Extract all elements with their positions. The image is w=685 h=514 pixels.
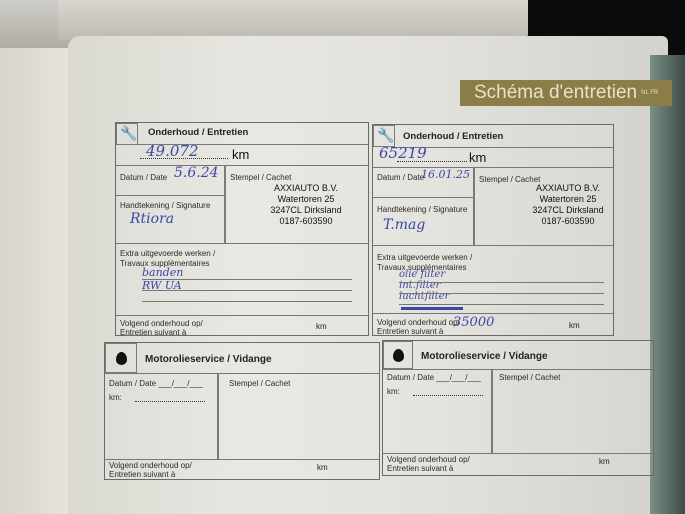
entry-date: 5.6.24 — [174, 165, 219, 181]
next-km-unit: km — [599, 457, 610, 466]
next-service-label-fr: Entretien suivant à — [377, 327, 443, 336]
oil-service-1: Motorolieservice / Vidange Datum / Date … — [104, 342, 380, 480]
oil-drop-icon — [393, 349, 404, 362]
next-service-label: Volgend onderhoud op/ — [120, 319, 203, 328]
km-label: km — [232, 147, 249, 162]
km-label: km: — [387, 387, 400, 396]
garage-stamp: AXXIAUTO B.V.Watertoren 253247CL Dirksla… — [256, 183, 356, 227]
extra-work-label: Extra uitgevoerde werken / — [377, 253, 472, 262]
oil-drop-icon — [116, 352, 127, 365]
next-service-label: Volgend onderhoud op/ — [387, 455, 470, 464]
stamp-label: Stempel / Cachet — [230, 173, 291, 182]
next-service-label-fr: Entretien suivant à — [387, 464, 453, 473]
stamp-label: Stempel / Cachet — [499, 373, 560, 382]
date-label: Datum / Date — [377, 173, 424, 182]
stamp-label: Stempel / Cachet — [229, 379, 290, 388]
oil-service-2: Motorolieservice / Vidange Datum / Date … — [382, 340, 654, 476]
section-banner: Schéma d'entretienNL FR — [460, 80, 672, 106]
banner-title: Schéma d'entretien — [474, 82, 637, 103]
left-page — [0, 48, 72, 514]
next-km-unit: km — [317, 463, 328, 472]
maintenance-entry-1: 🔧 Onderhoud / Entretien 49.072 km Datum … — [115, 122, 369, 336]
next-service-label: Volgend onderhoud op/ — [377, 318, 460, 327]
signature-label: Handtekening / Signature — [120, 201, 210, 210]
extra-work-1: banden — [142, 266, 183, 279]
next-service-label-fr: Entretien suivant à — [109, 470, 175, 479]
date-label: Datum / Date — [120, 173, 167, 182]
extra-work-1: olie filter — [399, 269, 445, 280]
next-km-unit: km — [316, 322, 327, 331]
next-service-km: 35000 — [453, 315, 494, 330]
garage-stamp: AXXIAUTO B.V.Watertoren 253247CL Dirksla… — [521, 183, 615, 227]
entry-header: Onderhoud / Entretien — [148, 127, 248, 138]
entry-date: 16.01.25 — [421, 168, 470, 181]
wrench-icon: 🔧 — [120, 125, 137, 142]
maintenance-entry-2: 🔧 Onderhoud / Entretien 65219 km Datum /… — [372, 124, 614, 336]
date-label: Datum / Date ___/___/___ — [109, 379, 203, 388]
page-edge — [650, 55, 685, 514]
next-service-label-fr: Entretien suivant à — [120, 328, 186, 337]
km-label: km: — [109, 393, 122, 402]
next-service-label: Volgend onderhoud op/ — [109, 461, 192, 470]
date-label: Datum / Date ___/___/___ — [387, 373, 481, 382]
entry-signature: Rtiora — [130, 211, 174, 227]
book-stack-top — [58, 0, 528, 40]
next-km-unit: km — [569, 321, 580, 330]
strikethrough-scribble — [401, 307, 463, 310]
oil-header: Motorolieservice / Vidange — [421, 351, 548, 362]
wrench-icon: 🔧 — [377, 127, 394, 144]
entry-km: 65219 — [379, 144, 427, 162]
banner-lang: NL FR — [641, 90, 658, 96]
extra-work-label: Extra uitgevoerde werken / — [120, 249, 215, 258]
entry-header: Onderhoud / Entretien — [403, 131, 503, 142]
entry-signature: T.mag — [383, 217, 425, 233]
signature-label: Handtekening / Signature — [377, 205, 467, 214]
oil-header: Motorolieservice / Vidange — [145, 354, 272, 365]
km-label: km — [469, 150, 486, 165]
